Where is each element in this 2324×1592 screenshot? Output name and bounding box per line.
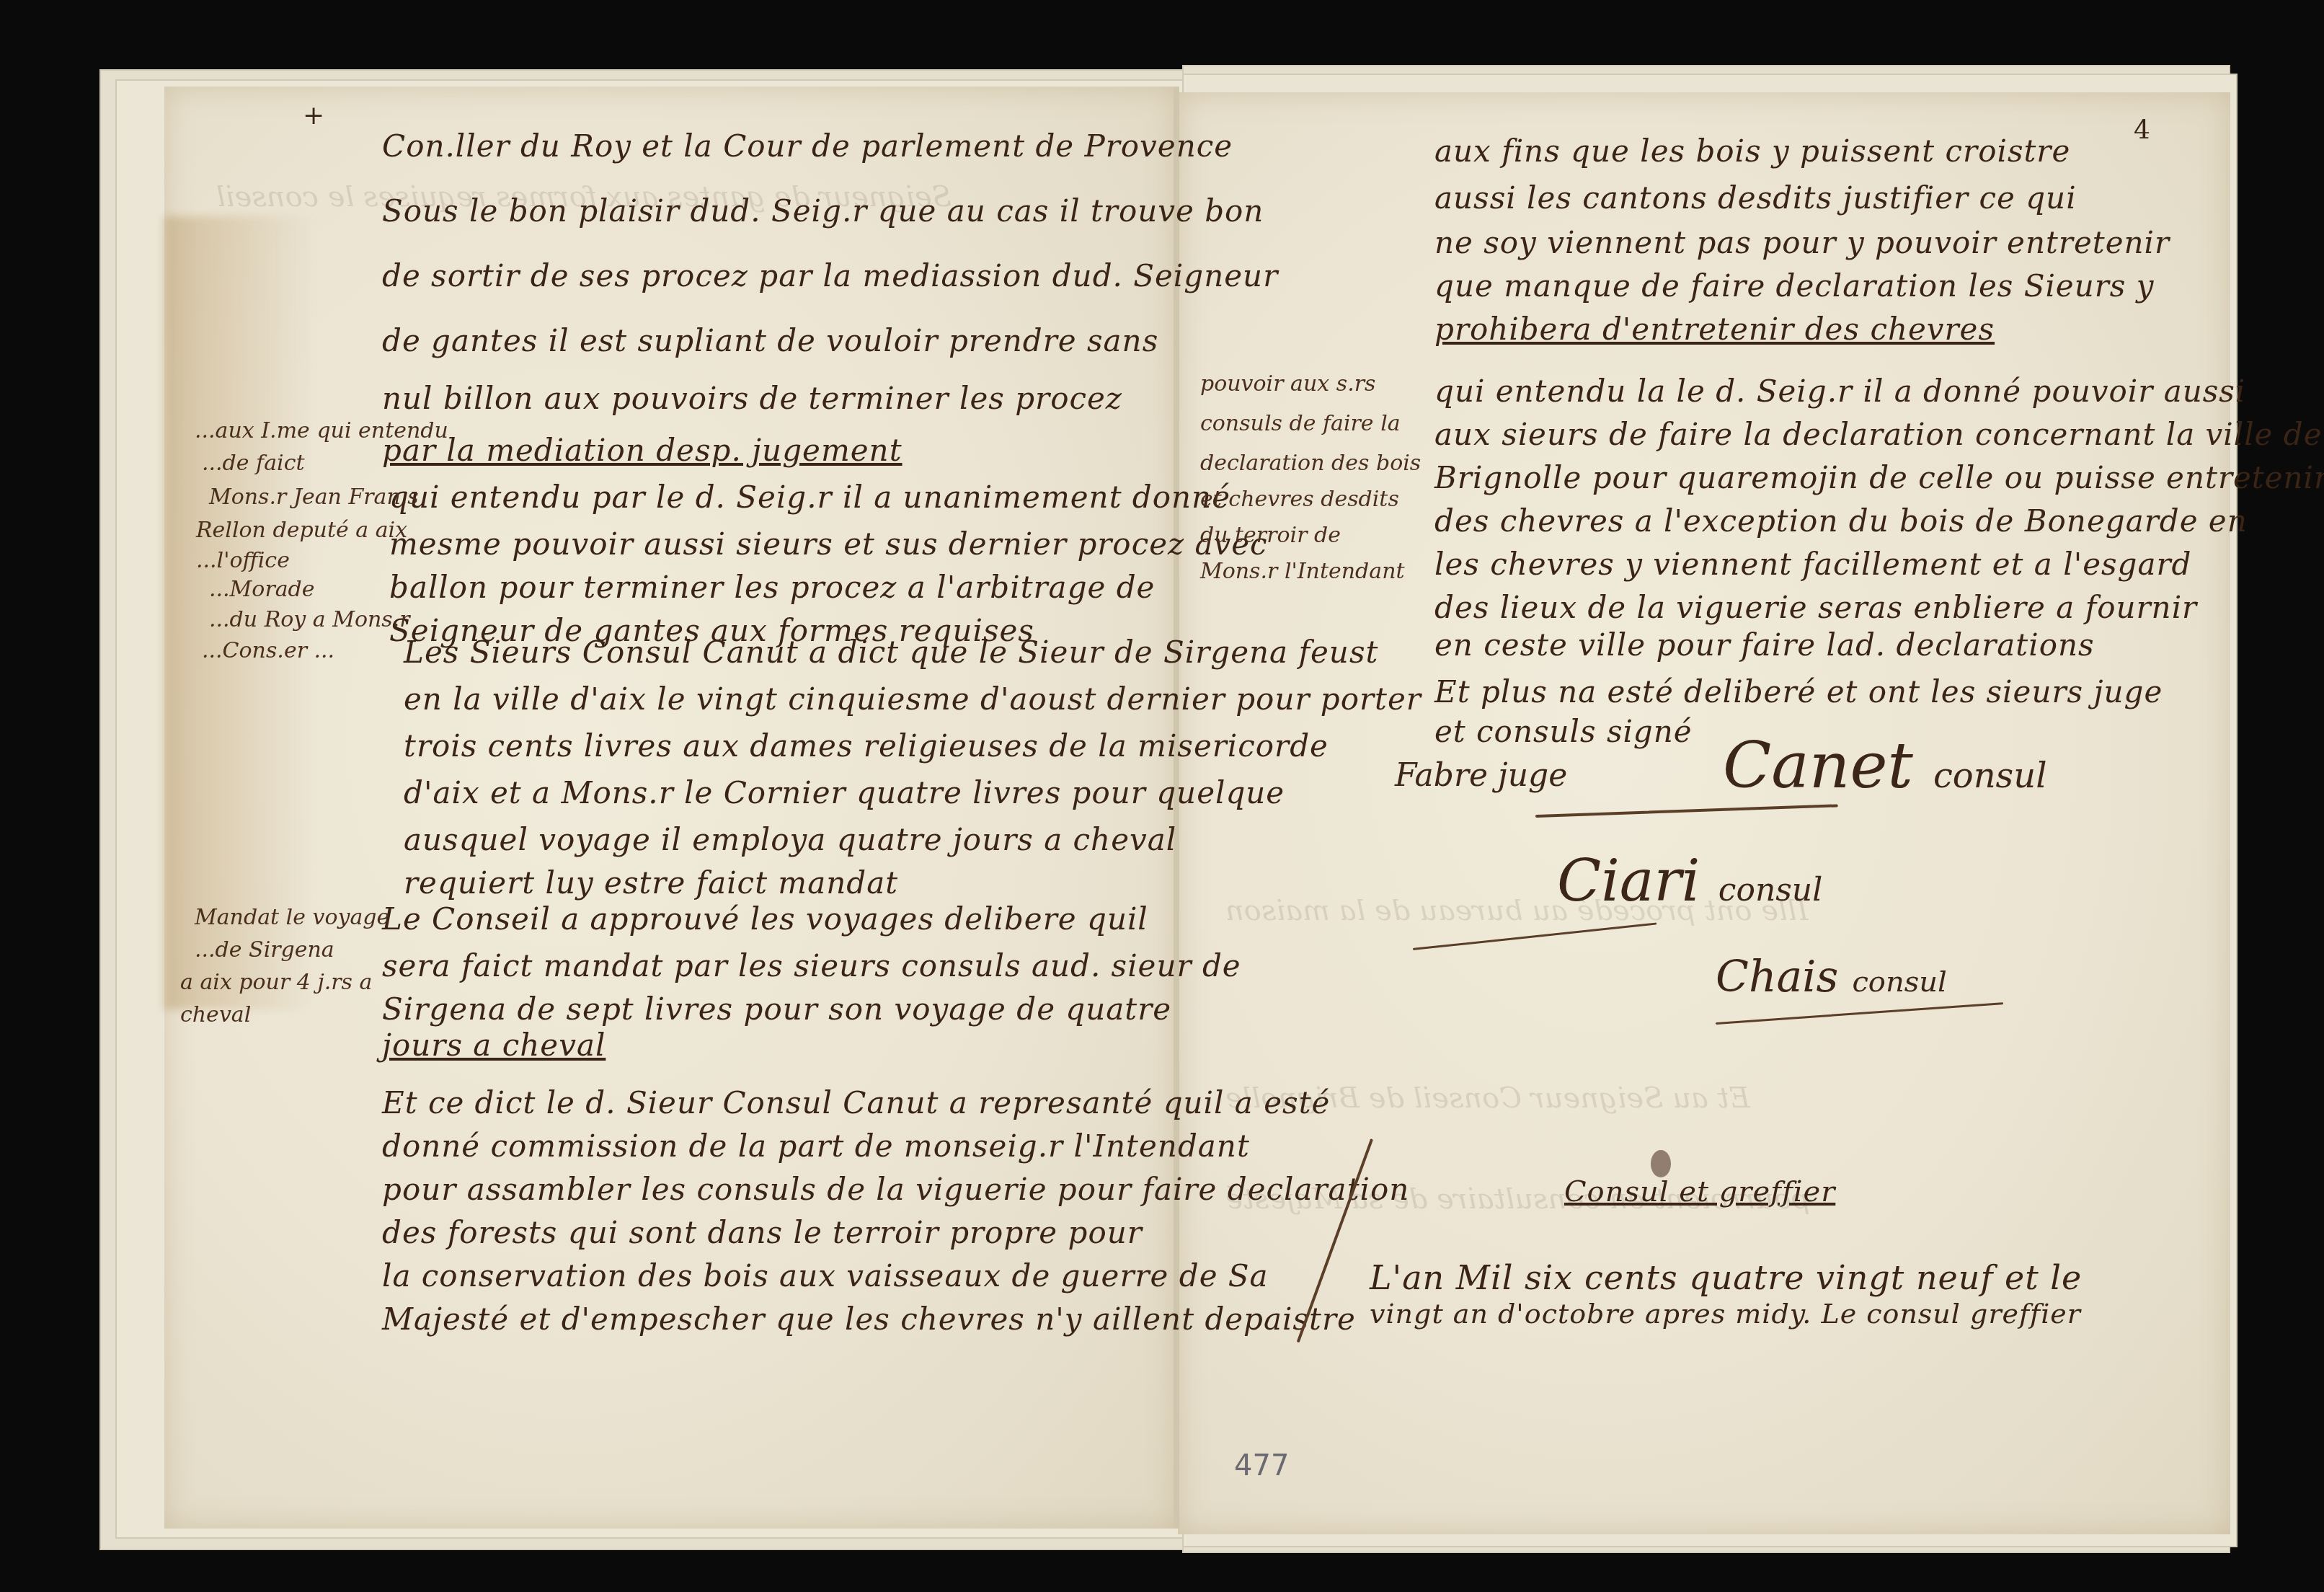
- text-line: en ceste ville pour faire lad. declarati…: [1434, 627, 2095, 663]
- text-line: d'aix et a Mons.r le Cornier quatre livr…: [404, 775, 1285, 810]
- text-line: Con.ller du Roy et la Cour de parlement …: [382, 128, 1233, 164]
- margin-note: Rellon deputé a aix: [196, 518, 407, 543]
- text-line: des forests qui sont dans le terroir pro…: [382, 1215, 1143, 1250]
- text-line: Majesté et d'empescher que les chevres n…: [382, 1301, 1356, 1337]
- text-line: prohibera d'entretenir des chevres: [1434, 311, 1995, 347]
- text-line: ballon pour terminer les procez a l'arbi…: [389, 570, 1155, 605]
- margin-note: cheval: [180, 1002, 251, 1027]
- signature-name: Chais: [1716, 952, 1838, 1002]
- text-line: requiert luy estre faict mandat: [404, 865, 898, 901]
- text-line: Brignolle pour quaremojin de celle ou pu…: [1434, 460, 2324, 495]
- margin-note: ...l'office: [196, 548, 290, 573]
- margin-note: Mandat le voyage: [195, 905, 389, 930]
- text-line: de sortir de ses procez par la mediassio…: [382, 258, 1278, 293]
- margin-note: ...de faict: [202, 451, 305, 476]
- margin-note: consuls de faire la: [1200, 411, 1401, 436]
- margin-note: declaration des bois: [1200, 451, 1421, 476]
- text-line: les chevres y viennent facillement et a …: [1434, 547, 2191, 582]
- signature-canet: Canet consul: [1723, 728, 2047, 802]
- text-line: ausquel voyage il employa quatre jours a…: [404, 822, 1176, 857]
- text-line: nul billon aux pouvoirs de terminer les …: [382, 381, 1122, 416]
- text-line: mesme pouvoir aussi sieurs et sus dernie…: [389, 526, 1268, 562]
- folio-number: 477: [1234, 1449, 1289, 1482]
- margin-note: pouvoir aux s.rs: [1200, 371, 1375, 397]
- text-line: en la ville d'aix le vingt cinquiesme d'…: [404, 681, 1422, 717]
- text-line: par la mediation desp. jugement: [382, 433, 902, 468]
- attestation-line: L'an Mil six cents quatre vingt neuf et …: [1370, 1258, 2082, 1297]
- margin-note: ...de Sirgena: [195, 937, 334, 963]
- text-line: jours a cheval: [382, 1027, 606, 1063]
- text-line: Sirgena de sept livres pour son voyage d…: [382, 991, 1171, 1027]
- signature-fabre: Fabre juge: [1395, 757, 1567, 794]
- text-line: des chevres a l'exception du bois de Bon…: [1434, 503, 2248, 539]
- margin-note: Mons.r Jean Fran.s: [209, 485, 419, 510]
- text-line: que manque de faire declaration les Sieu…: [1434, 268, 2154, 304]
- attestation-line: Consul et greffier: [1564, 1175, 1835, 1208]
- text-line: de gantes il est supliant de vouloir pre…: [382, 323, 1158, 358]
- signature-name: Canet: [1723, 728, 1913, 802]
- text-line: qui entendu par le d. Seig.r il a unanim…: [389, 479, 1230, 515]
- margin-note: du terroir de: [1200, 523, 1341, 548]
- signature-title: consul: [1933, 756, 2047, 796]
- text-line: pour assambler les consuls de la vigueri…: [382, 1172, 1409, 1207]
- text-line: Et ce dict le d. Sieur Consul Canut a re…: [382, 1085, 1330, 1120]
- text-line: Sous le bon plaisir dud. Seig.r que au c…: [382, 193, 1264, 229]
- text-line: et consuls signé: [1434, 714, 1693, 749]
- text-line: Et plus na esté deliberé et ont les sieu…: [1434, 674, 2163, 709]
- margin-note: Mons.r l'Intendant: [1200, 559, 1405, 584]
- text-line: sera faict mandat par les sieurs consuls…: [382, 948, 1241, 983]
- text-line: qui entendu la le d. Seig.r il a donné p…: [1434, 373, 2245, 409]
- signature-title: consul: [1852, 965, 1946, 999]
- signature-chais: Chais consul: [1716, 952, 1947, 1002]
- corner-mark-right: 4: [2134, 115, 2150, 145]
- margin-note: et chevres desdits: [1200, 487, 1399, 512]
- signature-ciari: Ciari consul: [1557, 847, 1822, 914]
- attestation-line: vingt an d'octobre apres midy. Le consul…: [1370, 1298, 2081, 1330]
- signature-title: consul: [1718, 872, 1822, 908]
- signature-name: Ciari: [1557, 847, 1700, 914]
- signature-name: Fabre: [1395, 757, 1488, 794]
- corner-mark-left: +: [303, 101, 324, 131]
- text-line: Les Sieurs Consul Canut a dict que le Si…: [404, 634, 1378, 670]
- text-line: ne soy viennent pas pour y pouvoir entre…: [1434, 225, 2170, 260]
- margin-note: ...Morade: [209, 577, 315, 602]
- margin-note: a aix pour 4 j.rs a: [180, 970, 372, 995]
- text-line: Le Conseil a approuvé les voyages delibe…: [382, 901, 1148, 937]
- text-line: des lieux de la viguerie seras enbliere …: [1434, 590, 2197, 625]
- margin-note: ...du Roy a Mons.r: [209, 607, 410, 632]
- text-line: aux sieurs de faire la declaration conce…: [1434, 417, 2323, 452]
- text-line: trois cents livres aux dames religieuses…: [404, 728, 1329, 764]
- text-line: la conservation des bois aux vaisseaux d…: [382, 1258, 1269, 1293]
- text-line: aux fins que les bois y puissent croistr…: [1434, 133, 2070, 169]
- margin-note: ...Cons.er ...: [202, 638, 334, 663]
- signature-title: juge: [1498, 757, 1567, 794]
- margin-note: ...aux I.me qui entendu: [195, 418, 448, 443]
- text-line: aussi les cantons desdits justifier ce q…: [1434, 180, 2077, 216]
- text-line: donné commission de la part de monseig.r…: [382, 1128, 1250, 1164]
- ink-blot: [1651, 1150, 1671, 1177]
